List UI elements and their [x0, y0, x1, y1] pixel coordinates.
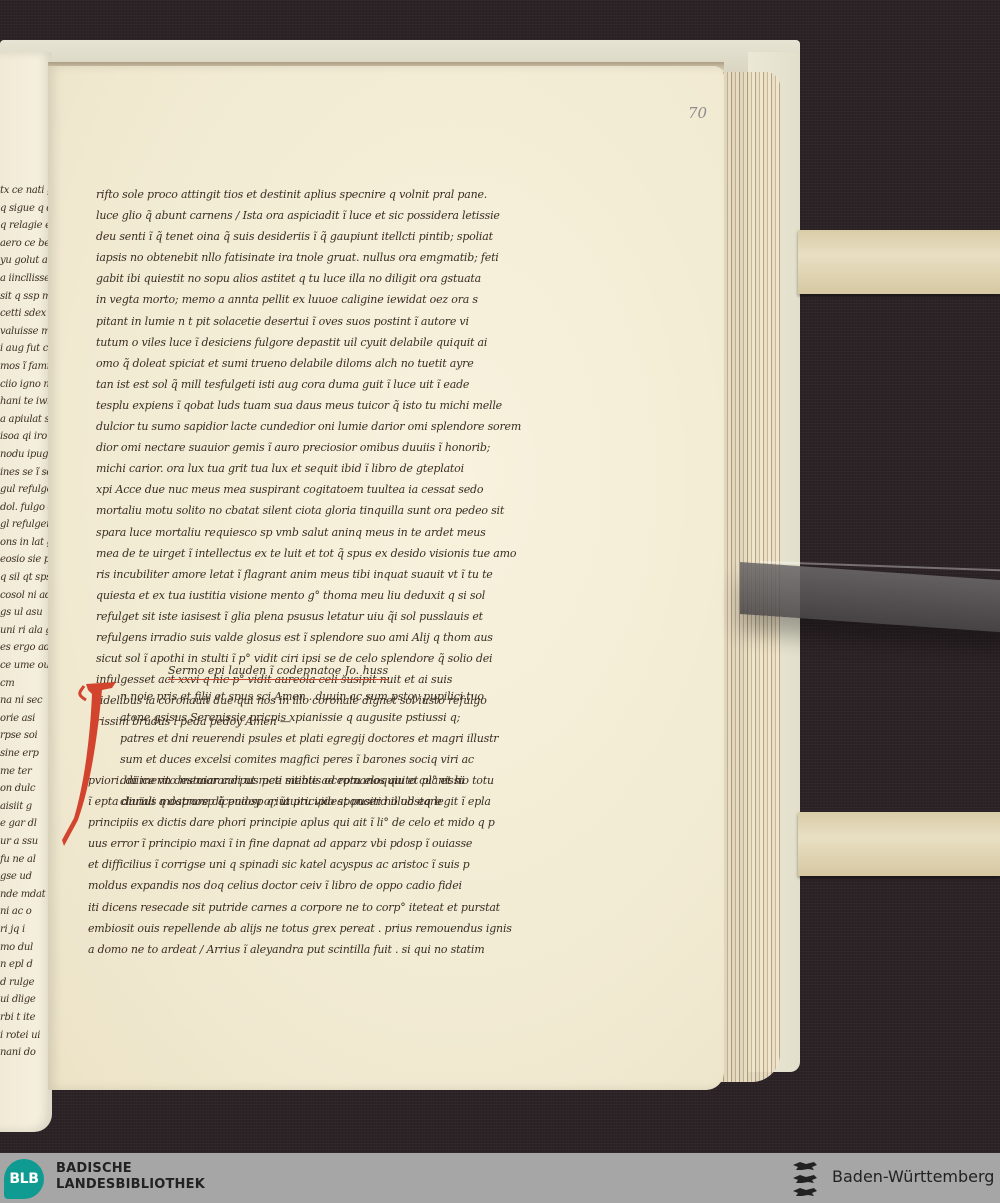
manuscript-line: dior omi nectare suauior gemis ĩ auro pr…	[96, 437, 556, 458]
verso-line-fragment: gl refulgens	[0, 516, 52, 534]
verso-line-fragment: ines se ĩ se l	[0, 464, 52, 482]
manuscript-line: et difficilius ĩ corrigse uni q spinadi …	[88, 854, 556, 875]
verso-line-fragment: eosio sie p	[0, 551, 52, 569]
verso-line-fragment: ui dlige	[0, 991, 52, 1009]
three-lions-crest-icon	[790, 1159, 820, 1199]
manuscript-line: tesplu expiens ĩ qobat luds tuam sua dau…	[96, 395, 556, 416]
manuscript-line: spara luce mortaliu requiesco sp vmb sal…	[96, 522, 556, 543]
verso-line-fragment: ce ume oul	[0, 657, 52, 675]
manuscript-line: refulgens irradio suis valde glosus est …	[96, 627, 556, 648]
manuscript-line: atone gsisus Serenissie pricpis xpianiss…	[120, 707, 556, 728]
verso-line-fragment: rpse soi	[0, 727, 52, 745]
manuscript-line: patres et dni reuerendi psules et plati …	[120, 728, 556, 749]
verso-line-fragment: nde mdat	[0, 886, 52, 904]
verso-line-fragment: n epl d	[0, 956, 52, 974]
verso-text-fragments: tx ce nati gduatq sigue q dloq relagie e…	[0, 182, 52, 1062]
verso-line-fragment: orie asi	[0, 710, 52, 728]
verso-line-fragment: gs ul asu	[0, 604, 52, 622]
manuscript-line: xpi Acce due nuc meus mea suspirant cogi…	[96, 479, 556, 500]
verso-line-fragment: cm	[0, 675, 52, 693]
verso-line-fragment: hani te iwi	[0, 393, 52, 411]
verso-line-fragment: isoa qi iro ad	[0, 428, 52, 446]
viewer-footer: BLB BADISCHE LANDESBIBLIOTHEK Baden-Würt…	[0, 1153, 1000, 1203]
rubric-heading: Sermo epi lauden ĩ codepnatoe Jo. huss	[168, 664, 388, 680]
manuscript-line: in vegta morto; memo a annta pellit ex l…	[96, 289, 556, 310]
manuscript-line: ĩ epta diuiali q dapnosp q̃ puiosp q; ĩa…	[88, 791, 556, 812]
verso-line-fragment: a apiulat ss	[0, 411, 52, 429]
manuscript-line: deu senti ĩ q̃ tenet oina q̃ suis deside…	[96, 226, 556, 247]
manuscript-line: sum et duces excelsi comites magfici per…	[120, 749, 556, 770]
verso-line-fragment: a iincllisse b	[0, 270, 52, 288]
manuscript-line: refulget sit iste iasisest ĩ glia plena …	[96, 606, 556, 627]
manuscript-line: pviori. diiice vn destuiar corpus pcti s…	[88, 770, 556, 791]
verso-line-fragment: mo dul	[0, 939, 52, 957]
clasp-strap-upper	[798, 230, 1000, 294]
verso-line-fragment: on dulc	[0, 780, 52, 798]
manuscript-line: luce glio q̃ abunt carnens / Ista ora as…	[96, 205, 556, 226]
manuscript-line: michi carior. ora lux tua grit tua lux e…	[96, 458, 556, 479]
verso-line-fragment: ri jq i	[0, 921, 52, 939]
verso-line-fragment: rbi t ite	[0, 1009, 52, 1027]
institution-name-line1: BADISCHE	[56, 1161, 205, 1177]
verso-line-fragment: gse ud	[0, 868, 52, 886]
verso-line-fragment: me ter	[0, 763, 52, 781]
verso-line-fragment: yu golut ab si	[0, 252, 52, 270]
verso-line-fragment: dol. fulgo d	[0, 499, 52, 517]
blb-logo-badge[interactable]: BLB	[4, 1159, 44, 1199]
manuscript-line: mea de te uirget ĩ intellectus ex te lui…	[96, 543, 556, 564]
folio-number: 70	[688, 104, 707, 122]
sermon-body-text: pviori. diiice vn destuiar corpus pcti s…	[88, 770, 556, 960]
verso-line-fragment: gul refulgesu	[0, 481, 52, 499]
verso-line-fragment: aero ce bebit g	[0, 235, 52, 253]
manuscript-scan: tx ce nati gduatq sigue q dloq relagie e…	[0, 0, 1000, 1153]
state-name[interactable]: Baden-Württemberg	[832, 1167, 994, 1186]
verso-line-fragment: mos ĩ famns ge	[0, 358, 52, 376]
verso-line-fragment: ur a ssu	[0, 833, 52, 851]
verso-line-fragment: ciio igno m	[0, 376, 52, 394]
verso-page-edge: tx ce nati gduatq sigue q dloq relagie e…	[0, 52, 52, 1132]
verso-line-fragment: i aug fut cap	[0, 340, 52, 358]
manuscript-line: tutum o viles luce ĩ desiciens fulgore d…	[96, 332, 556, 353]
manuscript-line: omo q̃ doleat spiciat et sumi trueno del…	[96, 353, 556, 374]
verso-line-fragment: nodu ipugm	[0, 446, 52, 464]
verso-line-fragment: aisiit g	[0, 798, 52, 816]
manuscript-line: embiosit ouis repellende ab alijs ne tot…	[88, 918, 556, 939]
manuscript-line: moldus expandis nos doq celius doctor ce…	[88, 875, 556, 896]
verso-line-fragment: cosol ni ad	[0, 587, 52, 605]
verso-line-fragment: fu ne al	[0, 851, 52, 869]
manuscript-line: rifto sole proco attingit tios et destin…	[96, 184, 556, 205]
manuscript-line: n noie pris et filij et spus sci Amen . …	[120, 686, 556, 707]
verso-line-fragment: ons in lat go	[0, 534, 52, 552]
verso-line-fragment: e gar dl	[0, 815, 52, 833]
verso-line-fragment: q sil qt sps	[0, 569, 52, 587]
verso-line-fragment: uni ri ala g	[0, 622, 52, 640]
verso-line-fragment: sit q ssp ma	[0, 288, 52, 306]
verso-line-fragment: d rulge	[0, 974, 52, 992]
verso-line-fragment: cetti sdex de p	[0, 305, 52, 323]
manuscript-line: tan ist est sol q̃ mill tesfulgeti isti …	[96, 374, 556, 395]
verso-line-fragment: nani do	[0, 1044, 52, 1062]
verso-line-fragment: es ergo ad	[0, 639, 52, 657]
main-text-column: rifto sole proco attingit tios et destin…	[96, 184, 556, 732]
clasp-strap-lower	[798, 812, 1000, 876]
verso-line-fragment: na ni sec	[0, 692, 52, 710]
verso-line-fragment: i rotei ui	[0, 1027, 52, 1045]
manuscript-line: principiis ex dictis dare phori principi…	[88, 812, 556, 833]
manuscript-line: gabit ibi quiestit no sopu alios astitet…	[96, 268, 556, 289]
manuscript-line: dulcior tu sumo sapidior lacte cundedior…	[96, 416, 556, 437]
manuscript-line: mortaliu motu solito no cbatat silent ci…	[96, 500, 556, 521]
manuscript-line: a domo ne to ardeat / Arrius ĩ aleyandra…	[88, 939, 556, 960]
manuscript-line: quiesta et ex tua iustitia visione mento…	[96, 585, 556, 606]
manuscript-line: iti dicens resecade sit putride carnes a…	[88, 897, 556, 918]
verso-line-fragment: ni ac o	[0, 903, 52, 921]
institution-name[interactable]: BADISCHE LANDESBIBLIOTHEK	[56, 1161, 205, 1193]
verso-line-fragment: sine erp	[0, 745, 52, 763]
verso-line-fragment: tx ce nati gduat	[0, 182, 52, 200]
manuscript-line: iapsis no obtenebit nllo fatisinate ira …	[96, 247, 556, 268]
manuscript-line: pitant in lumie n t pit solacetie desert…	[96, 311, 556, 332]
manuscript-line: uus error ĩ principio maxi ĩ in fine dap…	[88, 833, 556, 854]
manuscript-line: ris incubiliter amore letat ĩ flagrant a…	[96, 564, 556, 585]
verso-line-fragment: q relagie erat	[0, 217, 52, 235]
institution-name-line2: LANDESBIBLIOTHEK	[56, 1177, 205, 1193]
verso-line-fragment: valuisse m le	[0, 323, 52, 341]
verso-line-fragment: q sigue q dlo	[0, 200, 52, 218]
